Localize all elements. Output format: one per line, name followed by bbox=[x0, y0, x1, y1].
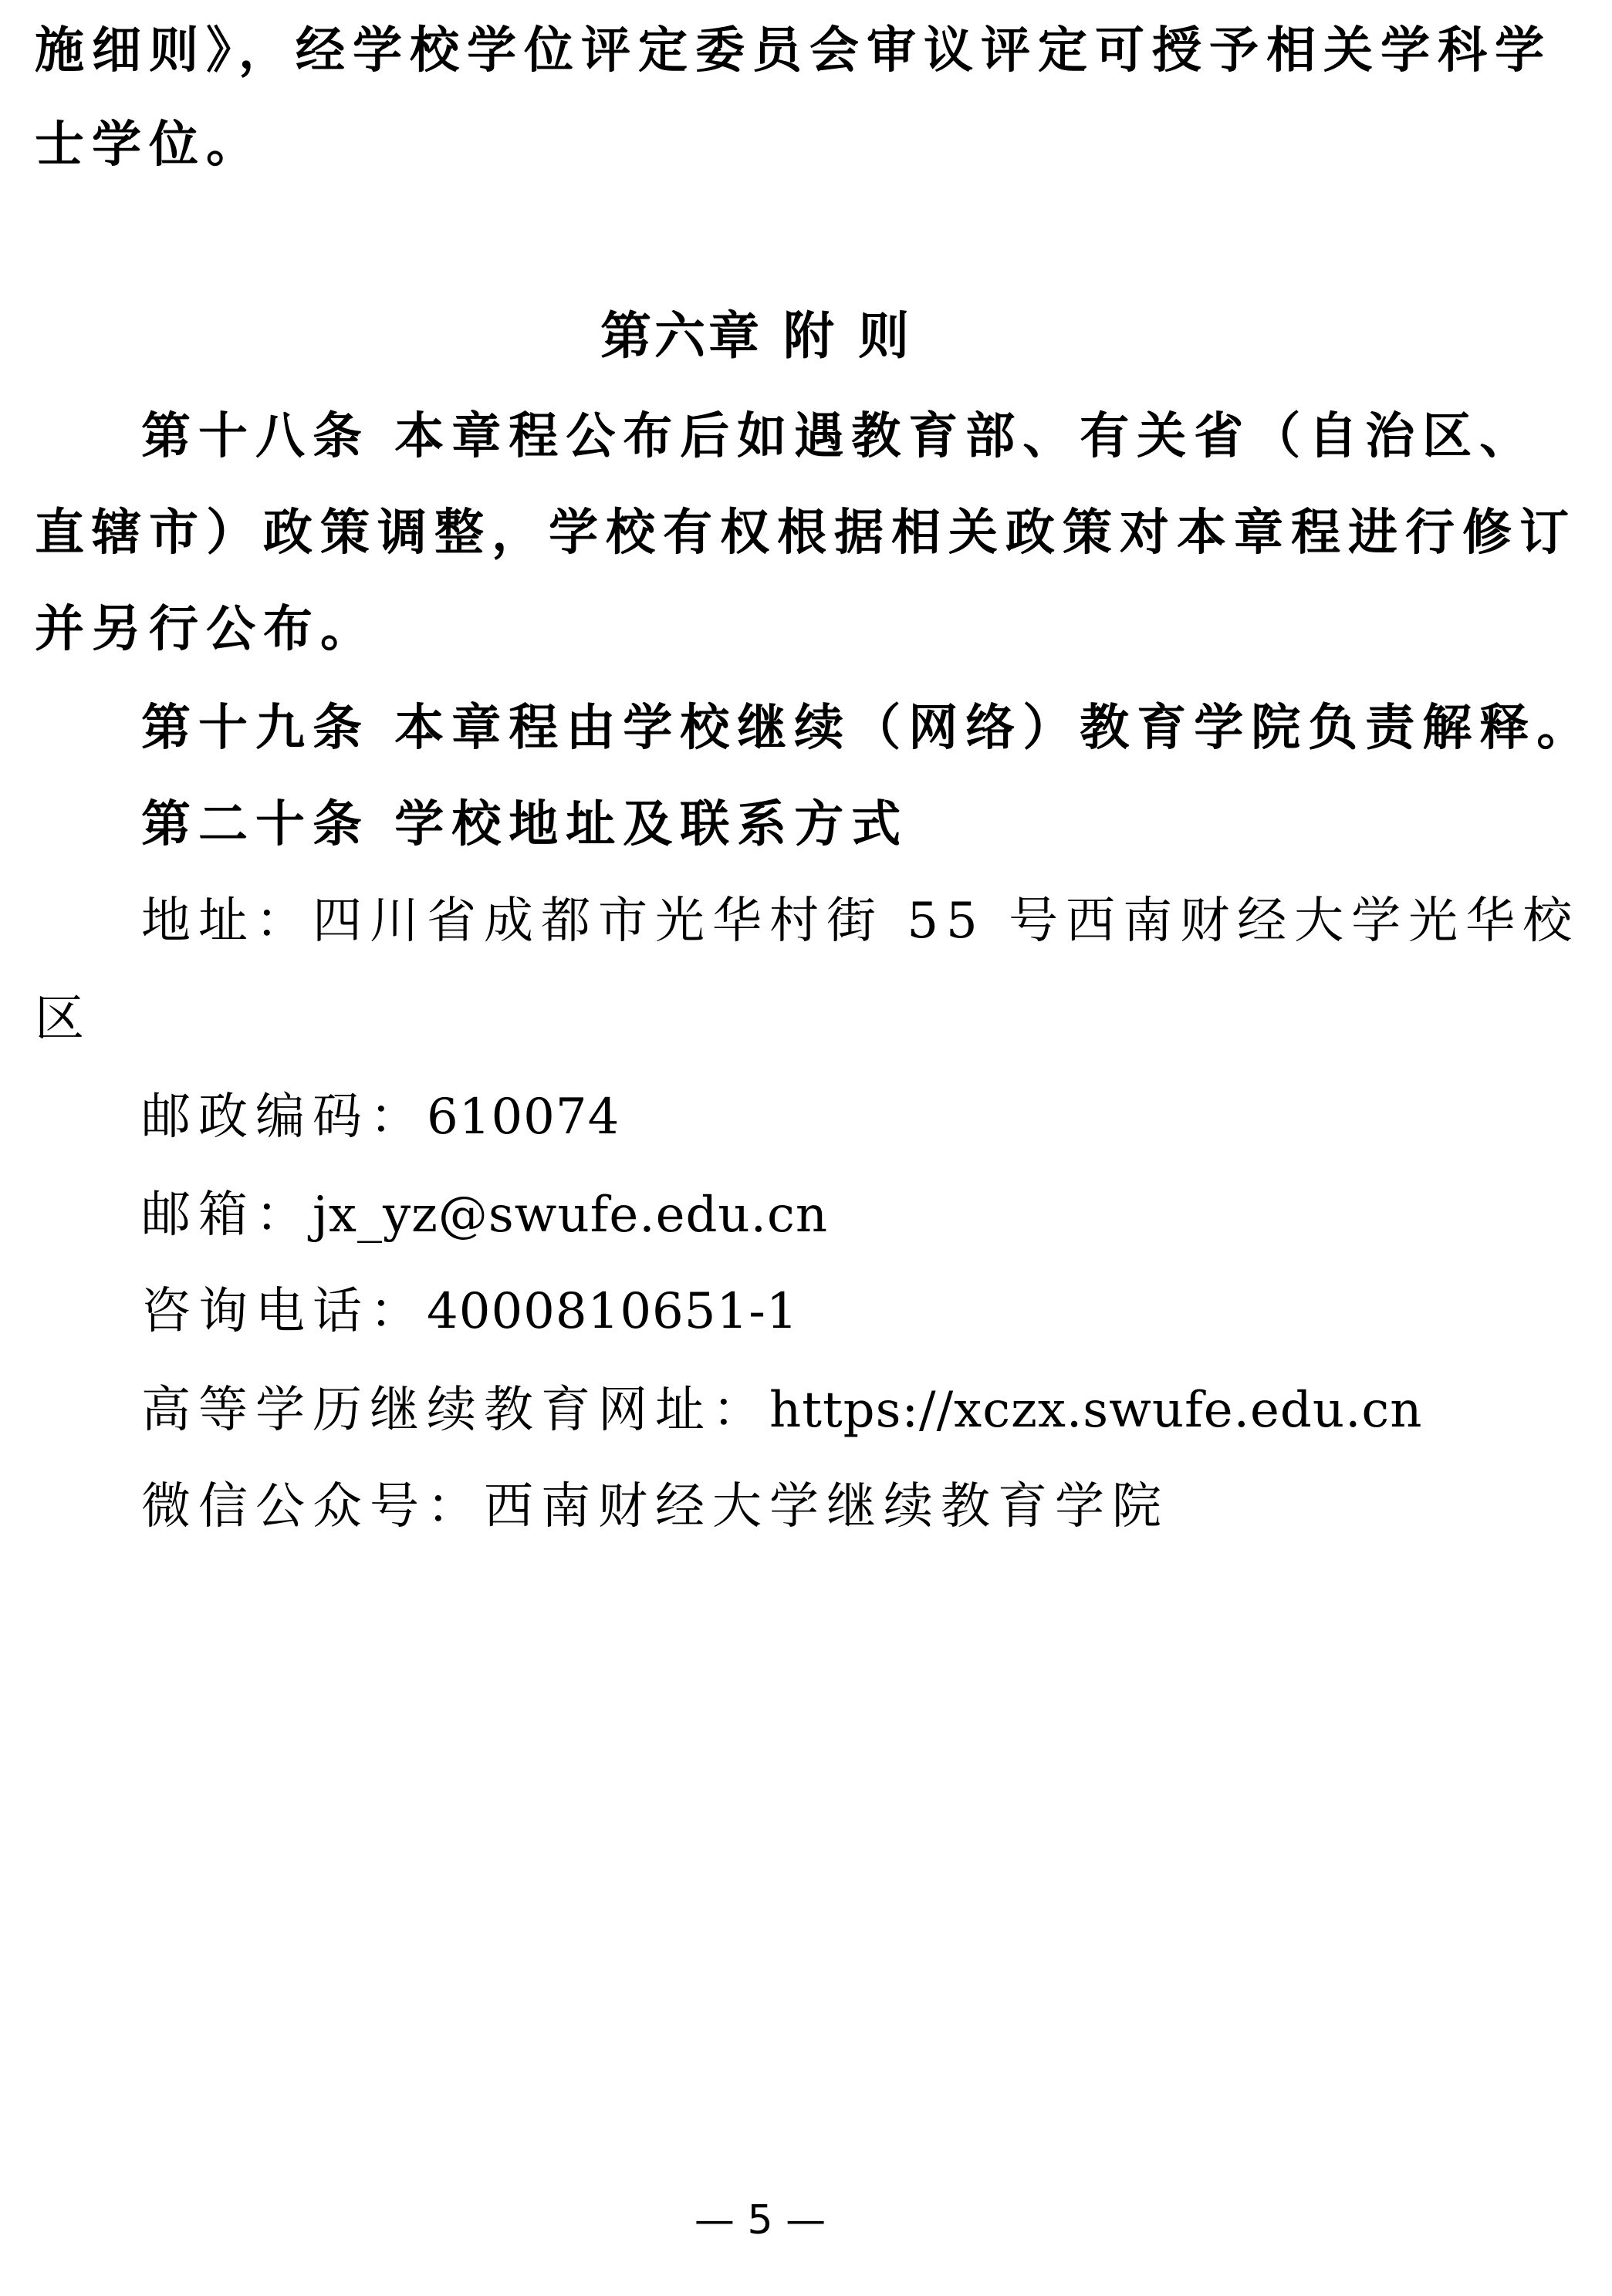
address-line-1: 地址：四川省成都市光华村街 55 号西南财经大学光华校 bbox=[141, 892, 1580, 950]
website-link[interactable]: https://xczx.swufe.edu.cn bbox=[769, 1382, 1422, 1439]
page-number: — 5 — bbox=[0, 2197, 1520, 2244]
postal-code-label: 邮政编码： bbox=[141, 1089, 427, 1146]
article-18-line-2: 直辖市）政策调整，学校有权根据相关政策对本章程进行修订 bbox=[35, 504, 1577, 562]
email-value[interactable]: jx_yz@swufe.edu.cn bbox=[313, 1187, 828, 1244]
wechat-row: 微信公众号：西南财经大学继续教育学院 bbox=[141, 1477, 1169, 1536]
continuation-line-1: 施细则》，经学校学位评定委员会审议评定可授予相关学科学 bbox=[35, 22, 1552, 80]
address-line-2: 区 bbox=[35, 990, 92, 1048]
wechat-value: 西南财经大学继续教育学院 bbox=[484, 1478, 1169, 1535]
email-row: 邮箱：jx_yz@swufe.edu.cn bbox=[141, 1186, 828, 1244]
article-20-line-1: 第二十条 学校地址及联系方式 bbox=[141, 795, 908, 854]
email-label: 邮箱： bbox=[141, 1187, 313, 1244]
phone-value: 4000810651-1 bbox=[427, 1283, 799, 1340]
article-19-line-1: 第十九条 本章程由学校继续（网络）教育学院负责解释。 bbox=[141, 699, 1593, 758]
website-row: 高等学历继续教育网址：https://xczx.swufe.edu.cn bbox=[141, 1381, 1422, 1440]
wechat-label: 微信公众号： bbox=[141, 1478, 484, 1535]
article-18-line-3: 并另行公布。 bbox=[35, 600, 377, 659]
phone-row: 咨询电话：4000810651-1 bbox=[141, 1282, 799, 1341]
article-18-line-1: 第十八条 本章程公布后如遇教育部、有关省（自治区、 bbox=[141, 407, 1536, 466]
chapter-heading: 第六章 附 则 bbox=[0, 307, 1512, 366]
phone-label: 咨询电话： bbox=[141, 1283, 427, 1340]
website-label: 高等学历继续教育网址： bbox=[141, 1382, 769, 1439]
continuation-line-2: 士学位。 bbox=[35, 116, 263, 174]
postal-code-value: 610074 bbox=[427, 1089, 620, 1146]
postal-code-row: 邮政编码：610074 bbox=[141, 1088, 620, 1146]
